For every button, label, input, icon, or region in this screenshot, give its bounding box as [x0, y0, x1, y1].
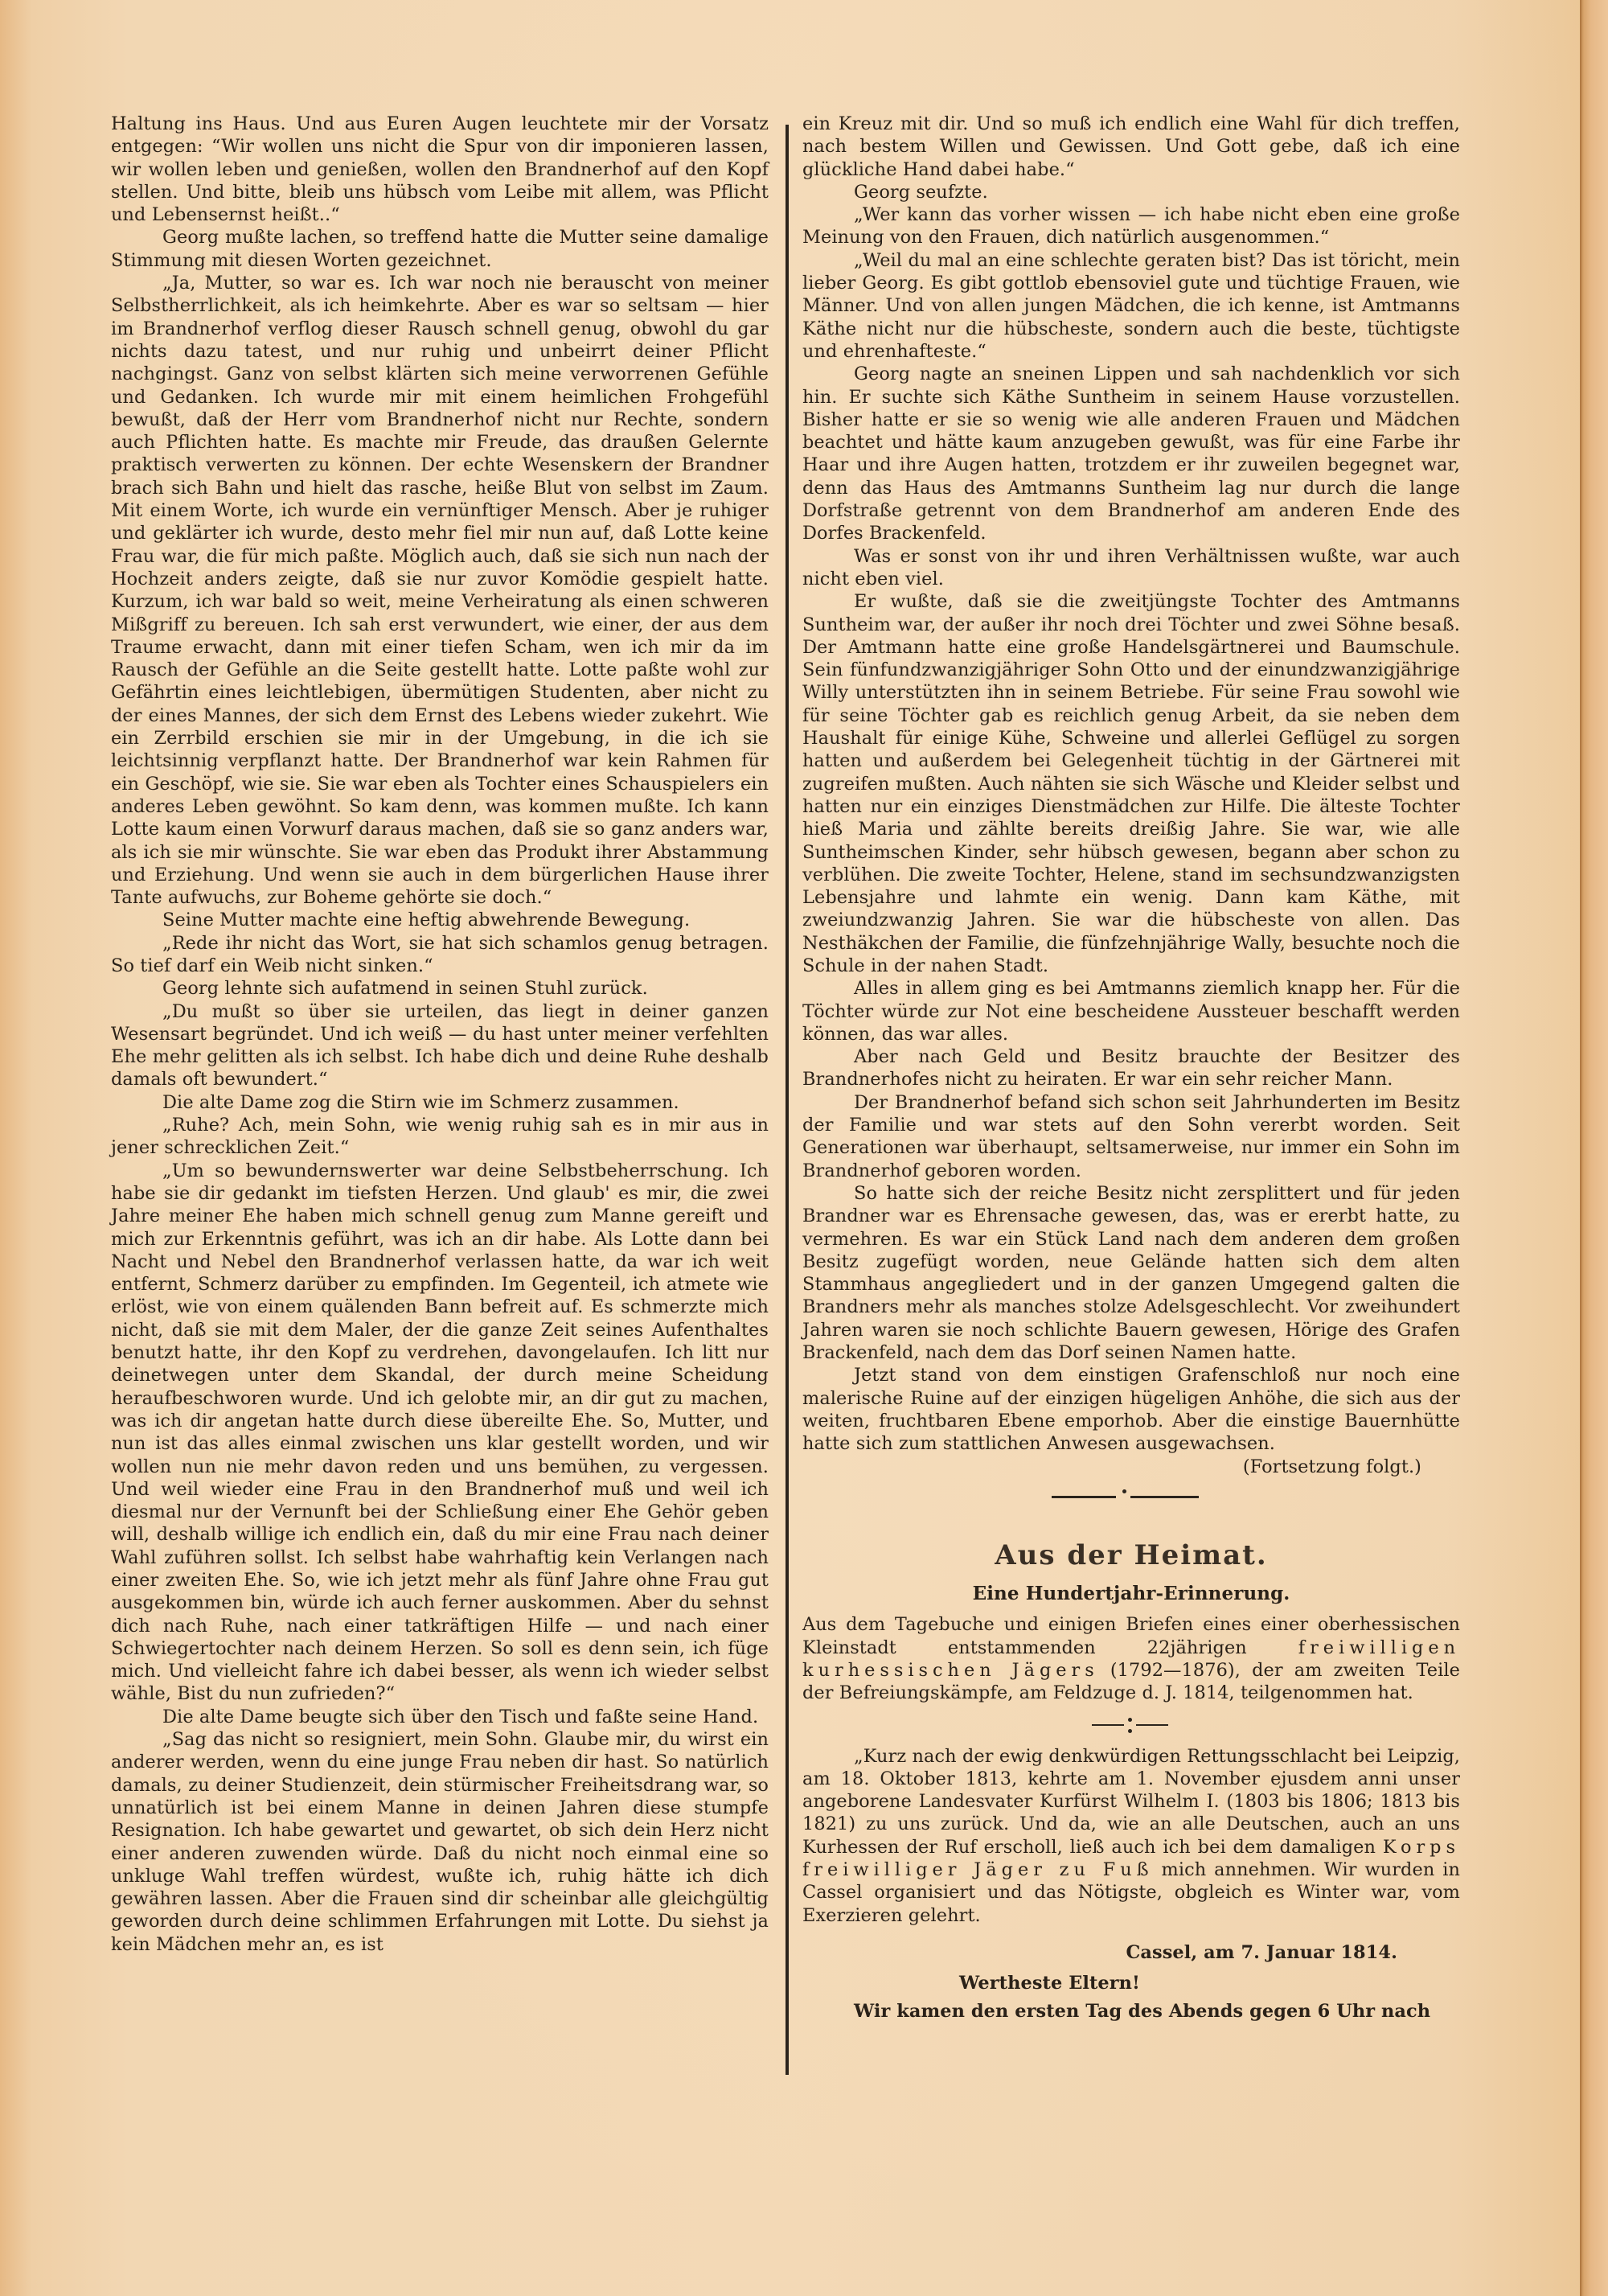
- divider-line: [1052, 1496, 1116, 1498]
- diary-text: „Kurz nach der ewig denkwürdigen Rettung…: [802, 1746, 1460, 1858]
- paragraph: Was er sonst von ihr und ihren Verhältni…: [802, 545, 1460, 591]
- paragraph: Georg seufzte.: [802, 181, 1460, 203]
- paragraph: „Ja, Mutter, so war es. Ich war noch nie…: [111, 272, 769, 909]
- section-intro: Aus dem Tagebuche und einigen Briefen ei…: [802, 1613, 1460, 1704]
- paragraph: „Du mußt so über sie urteilen, das liegt…: [111, 1000, 769, 1091]
- continuation-note: (Fortsetzung folgt.): [802, 1456, 1460, 1478]
- paragraph: Er wußte, daß sie die zweitjüngste Tocht…: [802, 590, 1460, 977]
- paragraph: Georg mußte lachen, so treffend hatte di…: [111, 226, 769, 272]
- page-edge-shadow: [1580, 0, 1608, 2296]
- paragraph: Der Brandnerhof befand sich schon seit J…: [802, 1091, 1460, 1182]
- left-column-serial-story: Haltung ins Haus. Und aus Euren Augen le…: [111, 113, 769, 1956]
- paragraph: Die alte Dame zog die Stirn wie im Schme…: [111, 1091, 769, 1114]
- paragraph: Jetzt stand von dem einstigen Grafenschl…: [802, 1364, 1460, 1455]
- paragraph: Alles in allem ging es bei Amtmanns ziem…: [802, 977, 1460, 1045]
- paragraph: „Sag das nicht so resigniert, mein Sohn.…: [111, 1728, 769, 1956]
- paragraph: So hatte sich der reiche Besitz nicht ze…: [802, 1182, 1460, 1364]
- paragraph: Georg lehnte sich aufatmend in seinen St…: [111, 977, 769, 1000]
- paragraph: „Wer kann das vorher wissen — ich habe n…: [802, 203, 1460, 249]
- paragraph: „Um so bewundernswerter war deine Selbst…: [111, 1160, 769, 1706]
- divider-dot: [1128, 1729, 1132, 1733]
- letter-dateline: Cassel, am 7. Januar 1814.: [802, 1941, 1460, 1964]
- divider-line: [1130, 1496, 1199, 1498]
- paragraph: ein Kreuz mit dir. Und so muß ich endlic…: [802, 113, 1460, 181]
- ornamental-divider: [802, 1478, 1460, 1514]
- letter-first-line: Wir kamen den ersten Tag des Abends gege…: [802, 2000, 1460, 2023]
- divider-line: [1136, 1724, 1168, 1726]
- paragraph: „Rede ihr nicht das Wort, sie hat sich s…: [111, 932, 769, 978]
- right-column: ein Kreuz mit dir. Und so muß ich endlic…: [802, 113, 1460, 2023]
- paragraph: „Ruhe? Ach, mein Sohn, wie wenig ruhig s…: [111, 1114, 769, 1160]
- divider-dot: [1128, 1718, 1132, 1722]
- letter-salutation: Wertheste Eltern!: [802, 1972, 1460, 1994]
- section-subtitle: Eine Hundertjahr-Erinnerung.: [802, 1583, 1460, 1605]
- section-title: Aus der Heimat.: [802, 1544, 1460, 1567]
- diary-paragraph: „Kurz nach der ewig denkwürdigen Rettung…: [802, 1745, 1460, 1927]
- paragraph: Seine Mutter machte eine heftig abwehren…: [111, 909, 769, 931]
- paragraph: „Weil du mal an eine schlechte geraten b…: [802, 249, 1460, 363]
- paragraph: Die alte Dame beugte sich über den Tisch…: [111, 1706, 769, 1728]
- small-ornamental-divider: [802, 1705, 1460, 1745]
- divider-line: [1092, 1724, 1124, 1726]
- paragraph: Haltung ins Haus. Und aus Euren Augen le…: [111, 113, 769, 226]
- divider-dot: [1122, 1489, 1126, 1493]
- column-divider-rule: [786, 125, 789, 2075]
- paragraph: Georg nagte an sneinen Lippen und sah na…: [802, 363, 1460, 544]
- paragraph: Aber nach Geld und Besitz brauchte der B…: [802, 1045, 1460, 1091]
